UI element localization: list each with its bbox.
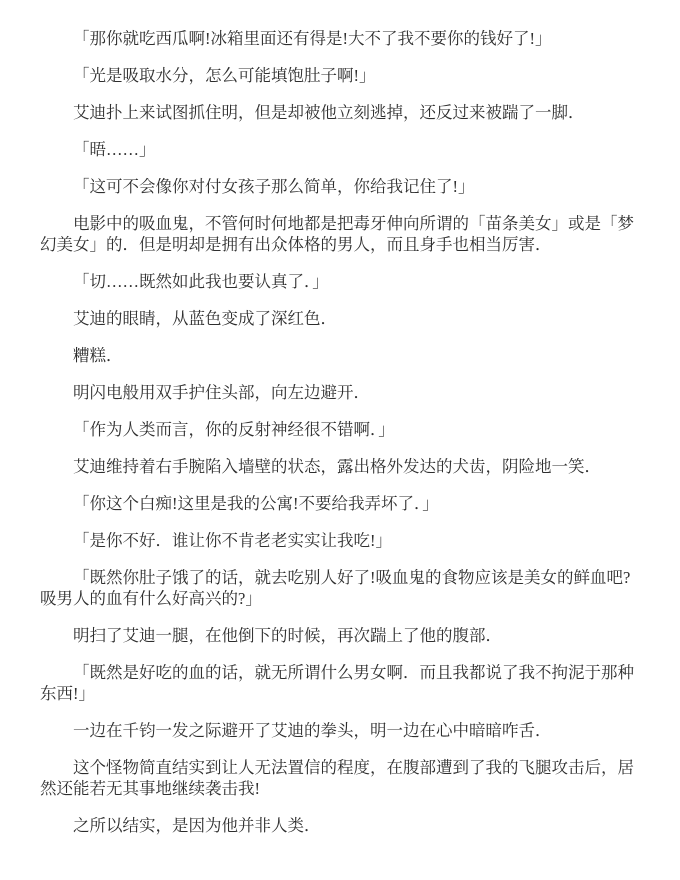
- paragraph-17: 「既然是好吃的血的话，就无所谓什么男女啊．而且我都说了我不拘泥于那种 东西!」: [40, 662, 650, 704]
- novel-page: 「那你就吃西瓜啊!冰箱里面还有得是!大不了我不要你的钱好了!」 「光是吸取水分，…: [0, 0, 680, 880]
- paragraph-9: 糟糕．: [40, 345, 650, 366]
- paragraph-15: 「既然你肚子饿了的话，就去吃别人好了!吸血鬼的食物应该是美女的鲜血吧? 吸男人的…: [40, 567, 650, 609]
- paragraph-3: 艾迪扑上来试图抓住明，但是却被他立刻逃掉，还反过来被踹了一脚．: [40, 102, 650, 123]
- paragraph-10: 明闪电般用双手护住头部，向左边避开．: [40, 382, 650, 403]
- paragraph-8: 艾迪的眼睛，从蓝色变成了深红色．: [40, 308, 650, 329]
- paragraph-5: 「这可不会像你对付女孩子那么简单，你给我记住了!」: [40, 176, 650, 197]
- paragraph-4: 「晤……」: [40, 139, 650, 160]
- paragraph-6: 电影中的吸血鬼，不管何时何地都是把毒牙伸向所谓的「苗条美女」或是「梦 幻美女」的…: [40, 213, 650, 255]
- paragraph-16: 明扫了艾迪一腿，在他倒下的时候，再次踹上了他的腹部．: [40, 625, 650, 646]
- paragraph-7: 「切……既然如此我也要认真了．」: [40, 271, 650, 292]
- paragraph-18: 一边在千钧一发之际避开了艾迪的拳头，明一边在心中暗暗咋舌．: [40, 720, 650, 741]
- paragraph-1: 「那你就吃西瓜啊!冰箱里面还有得是!大不了我不要你的钱好了!」: [40, 28, 650, 49]
- paragraph-20: 之所以结实，是因为他并非人类．: [40, 815, 650, 836]
- paragraph-2: 「光是吸取水分，怎么可能填饱肚子啊!」: [40, 65, 650, 86]
- paragraph-14: 「是你不好．谁让你不肯老老实实让我吃!」: [40, 530, 650, 551]
- paragraph-11: 「作为人类而言，你的反射神经很不错啊．」: [40, 419, 650, 440]
- paragraph-13: 「你这个白痴!这里是我的公寓!不要给我弄坏了．」: [40, 493, 650, 514]
- paragraph-19: 这个怪物简直结实到让人无法置信的程度，在腹部遭到了我的飞腿攻击后，居 然还能若无…: [40, 757, 650, 799]
- paragraph-12: 艾迪维持着右手腕陷入墙壁的状态，露出格外发达的犬齿，阴险地一笑．: [40, 456, 650, 477]
